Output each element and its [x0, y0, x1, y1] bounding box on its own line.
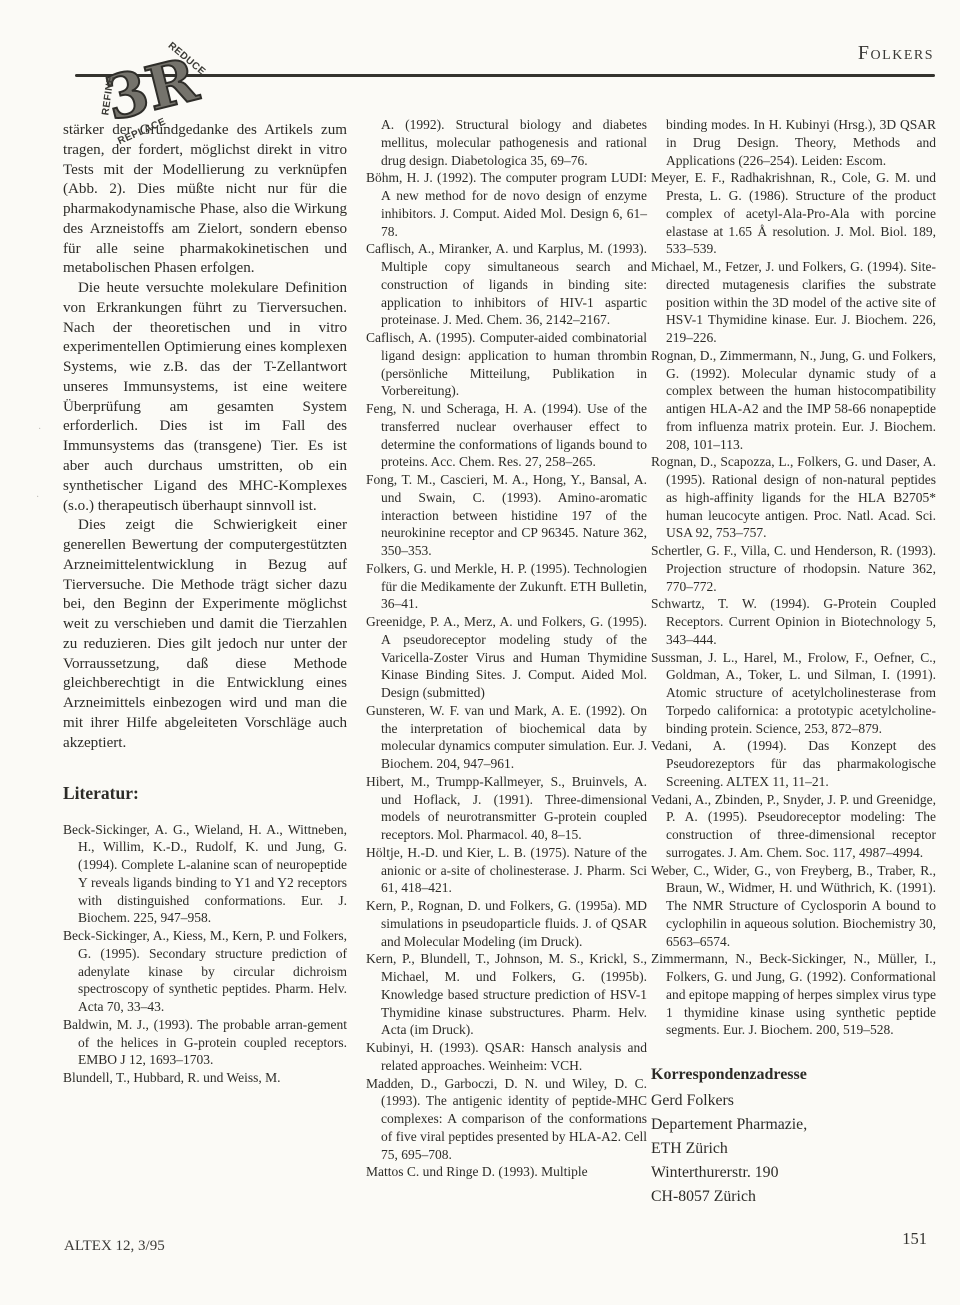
reference-item: Greenidge, P. A., Merz, A. und Folkers, …	[366, 613, 647, 702]
reference-item: Zimmermann, N., Beck-Sickinger, N., Müll…	[651, 950, 936, 1039]
reference-item: Böhm, H. J. (1992). The computer program…	[366, 169, 647, 240]
reference-item: Kern, P., Blundell, T., Johnson, M. S., …	[366, 950, 647, 1039]
reference-item: Gunsteren, W. F. van und Mark, A. E. (19…	[366, 702, 647, 773]
reference-item: Blundell, T., Hubbard, R. und Weiss, M.	[63, 1069, 347, 1087]
left-column: stärker der Grundgedanke des Artikels zu…	[63, 121, 347, 1087]
reference-list-right: Meyer, E. F., Radhakrishnan, R., Cole, G…	[651, 169, 936, 1039]
reference-continuation: A. (1992). Structural biology and diabet…	[366, 116, 647, 169]
reference-item: Rognan, D., Scapozza, L., Folkers, G. un…	[651, 453, 936, 542]
journal-issue-label: ALTEX 12, 3/95	[64, 1238, 165, 1255]
journal-page: 3R REFINE REDUCE REPLACE Folkers stärker…	[0, 0, 960, 1305]
reference-item: Sussman, J. L., Harel, M., Frolow, F., O…	[651, 649, 936, 738]
reference-item: Caflisch, A. (1995). Computer-aided comb…	[366, 329, 647, 400]
running-head: Folkers	[858, 42, 934, 65]
reference-item: Kubinyi, H. (1993). QSAR: Hansch analysi…	[366, 1039, 647, 1075]
body-paragraph: Dies zeigt die Schwierigkeit einer gener…	[63, 516, 347, 753]
correspondence-heading: Korrespondenzadresse	[651, 1066, 936, 1084]
literatur-heading: Literatur:	[63, 783, 347, 804]
reference-item: Folkers, G. und Merkle, H. P. (1995). Te…	[366, 560, 647, 613]
reference-item: Madden, D., Garboczi, D. N. und Wiley, D…	[366, 1075, 647, 1164]
correspondence-line: Winterthurerstr. 190	[651, 1161, 936, 1185]
reference-item: Meyer, E. F., Radhakrishnan, R., Cole, G…	[651, 169, 936, 258]
correspondence-address: Gerd FolkersDepartement Pharmazie,ETH Zü…	[651, 1089, 936, 1209]
page-number: 151	[902, 1229, 927, 1249]
middle-column: A. (1992). Structural biology and diabet…	[366, 116, 647, 1181]
reference-item: Feng, N. und Scheraga, H. A. (1994). Use…	[366, 400, 647, 471]
reference-list-middle: Böhm, H. J. (1992). The computer program…	[366, 169, 647, 1181]
reference-item: Kern, P., Rognan, D. und Folkers, G. (19…	[366, 897, 647, 950]
reference-item: Michael, M., Fetzer, J. und Folkers, G. …	[651, 258, 936, 347]
reference-item: Schwartz, T. W. (1994). G-Protein Couple…	[651, 595, 936, 648]
reference-item: Mattos C. und Ringe D. (1993). Multiple	[366, 1163, 647, 1181]
reference-item: Weber, C., Wider, G., von Freyberg, B., …	[651, 862, 936, 951]
three-r-logo-icon: 3R REFINE REDUCE REPLACE	[88, 26, 214, 148]
body-paragraph: Die heute versuchte molekulare Definitio…	[63, 279, 347, 516]
reference-item: Beck-Sickinger, A., Kiess, M., Kern, P. …	[63, 927, 347, 1016]
right-column: binding modes. In H. Kubinyi (Hrsg.), 3D…	[651, 116, 936, 1209]
scan-artifact: ·	[38, 424, 41, 435]
reference-item: Beck-Sickinger, A. G., Wieland, H. A., W…	[63, 821, 347, 928]
reference-item: Hibert, M., Trumpp-Kallmeyer, S., Bruinv…	[366, 773, 647, 844]
reference-item: Vedani, A. (1994). Das Konzept des Pseud…	[651, 737, 936, 790]
reference-item: Caflisch, A., Miranker, A. und Karplus, …	[366, 240, 647, 329]
correspondence-line: ETH Zürich	[651, 1137, 936, 1161]
correspondence-line: Gerd Folkers	[651, 1089, 936, 1113]
reference-item: Höltje, H.-D. und Kier, L. B. (1975). Na…	[366, 844, 647, 897]
reference-item: Rognan, D., Zimmermann, N., Jung, G. und…	[651, 347, 936, 454]
reference-continuation: binding modes. In H. Kubinyi (Hrsg.), 3D…	[651, 116, 936, 169]
reference-item: Baldwin, M. J., (1993). The probable arr…	[63, 1016, 347, 1069]
body-paragraphs: stärker der Grundgedanke des Artikels zu…	[63, 121, 347, 754]
three-r-logo: 3R REFINE REDUCE REPLACE	[88, 26, 214, 148]
reference-list-left: Beck-Sickinger, A. G., Wieland, H. A., W…	[63, 821, 347, 1087]
correspondence-line: CH-8057 Zürich	[651, 1185, 936, 1209]
scan-artifact: ·	[36, 492, 39, 503]
reference-item: Vedani, A., Zbinden, P., Snyder, J. P. u…	[651, 791, 936, 862]
reference-item: Fong, T. M., Cascieri, M. A., Hong, Y., …	[366, 471, 647, 560]
correspondence-line: Departement Pharmazie,	[651, 1113, 936, 1137]
reference-item: Schertler, G. F., Villa, C. und Henderso…	[651, 542, 936, 595]
